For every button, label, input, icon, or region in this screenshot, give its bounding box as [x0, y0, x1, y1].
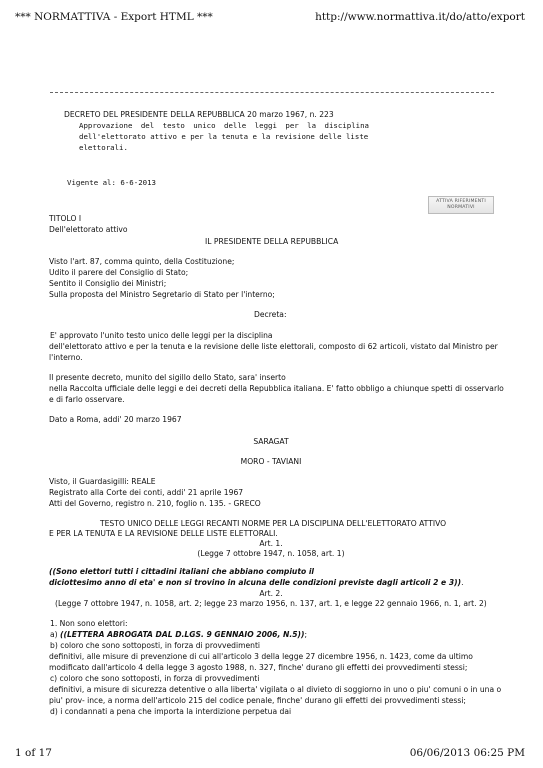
- premessa-2: Udito il parere del Consiglio di Stato;: [49, 267, 188, 278]
- visto-line-3: Atti del Governo, registro n. 210, fogli…: [49, 498, 261, 509]
- art2-letter-c-line-1: c) coloro che sono sottoposti, in forza …: [50, 673, 259, 684]
- art2-letter-c-line-2: definitivi, a misure di sicurezza detent…: [49, 684, 501, 695]
- para2-line-3: e di farlo osservare.: [49, 394, 125, 405]
- art2-intro: 1. Non sono elettori:: [50, 618, 128, 629]
- print-header-title: *** NORMATTIVA - Export HTML ***: [15, 11, 213, 23]
- para2-line-1: Il presente decreto, munito del sigillo …: [49, 372, 286, 383]
- art2-letter-b-line-3: modificato dall'articolo 4 della legge 3…: [49, 662, 467, 673]
- attiva-riferimenti-button[interactable]: ATTIVA RIFERIMENTI NORMATIVI: [428, 196, 494, 214]
- titolo-heading: TITOLO I: [49, 213, 81, 224]
- visto-line-1: Visto, il Guardasigilli: REALE: [49, 476, 156, 487]
- art2-letter-b-line-2: definitivi, alle misure di prevenzione d…: [49, 651, 473, 662]
- art2-letter-a: a) ((LETTERA ABROGATA DAL D.LGS. 9 GENNA…: [50, 629, 307, 640]
- print-footer-datetime: 06/06/2013 06:25 PM: [410, 747, 525, 759]
- art2-letter-c-line-3: piu' prov- ince, a norma dell'articolo 2…: [49, 695, 466, 706]
- signature-moro-taviani: MORO - TAVIANI: [48, 456, 494, 467]
- separator-line: [50, 92, 494, 93]
- premessa-4: Sulla proposta del Ministro Segretario d…: [49, 289, 275, 300]
- decreta-label: Decreta:: [254, 309, 287, 320]
- vigente-date: Vigente al: 6-6-2013: [67, 177, 156, 188]
- art1-reference: (Legge 7 ottobre 1947, n. 1058, art. 1): [48, 548, 494, 559]
- para1-line-1: E' approvato l'unito testo unico delle l…: [50, 330, 273, 341]
- art1-text-line-2: diciottesimo anno di eta' e non si trovi…: [49, 577, 463, 588]
- signature-saragat: SARAGAT: [48, 436, 494, 447]
- decree-subtitle-line-2: dell'elettorato attivo e per la tenuta e…: [79, 131, 368, 142]
- para2-line-2: nella Raccolta ufficiale delle leggi e d…: [49, 383, 504, 394]
- decree-subtitle-line-3: elettorali.: [79, 142, 128, 153]
- president-heading: IL PRESIDENTE DELLA REPUBBLICA: [205, 236, 338, 247]
- visto-line-2: Registrato alla Corte dei conti, addi' 2…: [49, 487, 243, 498]
- premessa-3: Sentito il Consiglio dei Ministri;: [49, 278, 166, 289]
- print-header-url: http://www.normattiva.it/do/atto/export: [315, 11, 525, 23]
- art1-text-line-1: ((Sono elettori tutti i cittadini italia…: [49, 566, 314, 577]
- dato-a-roma: Dato a Roma, addi' 20 marzo 1967: [49, 414, 182, 425]
- decree-subtitle-line-1: Approvazione del testo unico delle leggi…: [79, 120, 369, 131]
- titolo-subheading: Dell'elettorato attivo: [49, 224, 128, 235]
- art2-reference: (Legge 7 ottobre 1947, n. 1058, art. 2; …: [55, 598, 487, 609]
- para1-line-3: l'interno.: [49, 352, 83, 363]
- print-footer-page: 1 of 17: [15, 747, 52, 759]
- premessa-1: Visto l'art. 87, comma quinto, della Cos…: [49, 256, 234, 267]
- attiva-riferimenti-label-2: NORMATIVI: [429, 205, 493, 211]
- decree-heading: DECRETO DEL PRESIDENTE DELLA REPUBBLICA …: [64, 109, 334, 120]
- art2-letter-d-line-1: d) i condannati a pena che importa la in…: [50, 706, 291, 717]
- art2-letter-b-line-1: b) coloro che sono sottoposti, in forza …: [50, 640, 260, 651]
- para1-line-2: dell'elettorato attivo e per la tenuta e…: [49, 341, 498, 352]
